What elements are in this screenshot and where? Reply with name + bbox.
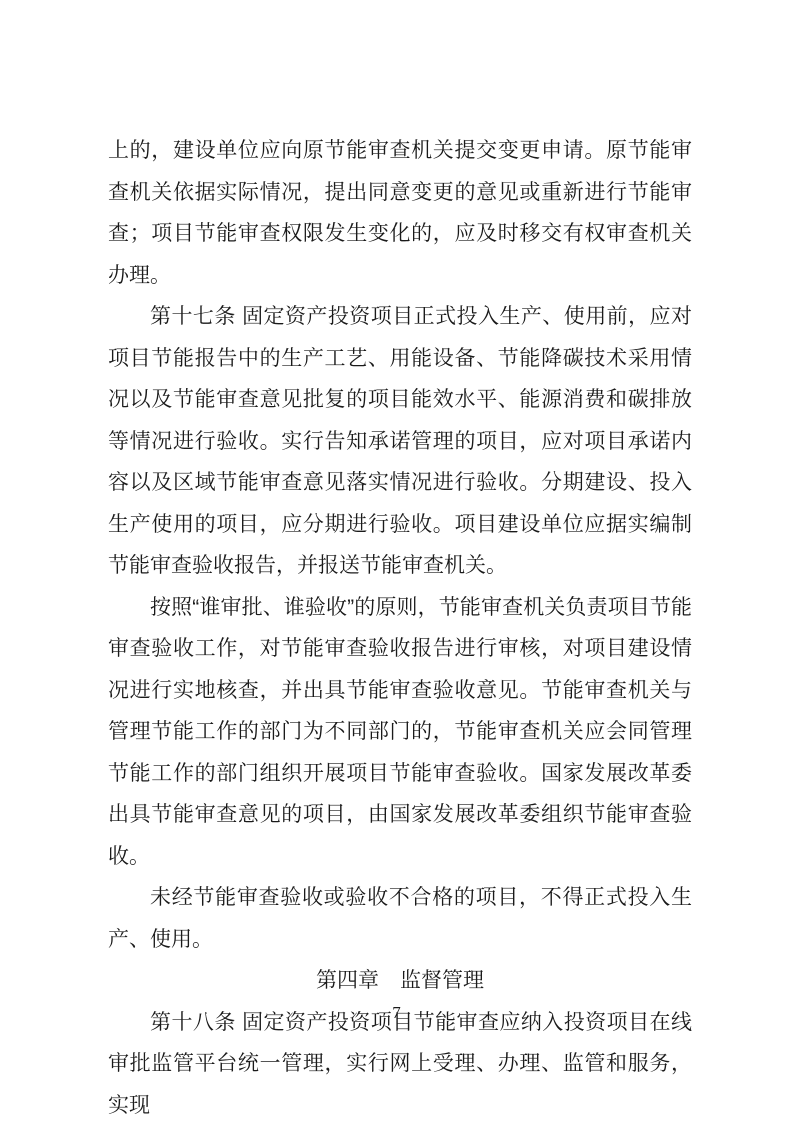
chapter-heading: 第四章 监督管理 (108, 960, 692, 1002)
page-number: 7 (0, 1002, 793, 1024)
paragraph-continuation: 上的，建设单位应向原节能审查机关提交变更申请。原节能审查机关依据实际情况，提出同… (108, 130, 692, 296)
paragraph-article-17: 第十七条 固定资产投资项目正式投入生产、使用前，应对项目节能报告中的生产工艺、用… (108, 296, 692, 587)
document-body: 上的，建设单位应向原节能审查机关提交变更申请。原节能审查机关依据实际情况，提出同… (108, 130, 692, 1122)
document-page: 上的，建设单位应向原节能审查机关提交变更申请。原节能审查机关依据实际情况，提出同… (0, 0, 793, 1122)
paragraph-prohibition: 未经节能审查验收或验收不合格的项目，不得正式投入生产、使用。 (108, 877, 692, 960)
paragraph-acceptance-principle: 按照“谁审批、谁验收”的原则，节能审查机关负责项目节能审查验收工作，对节能审查验… (108, 587, 692, 878)
